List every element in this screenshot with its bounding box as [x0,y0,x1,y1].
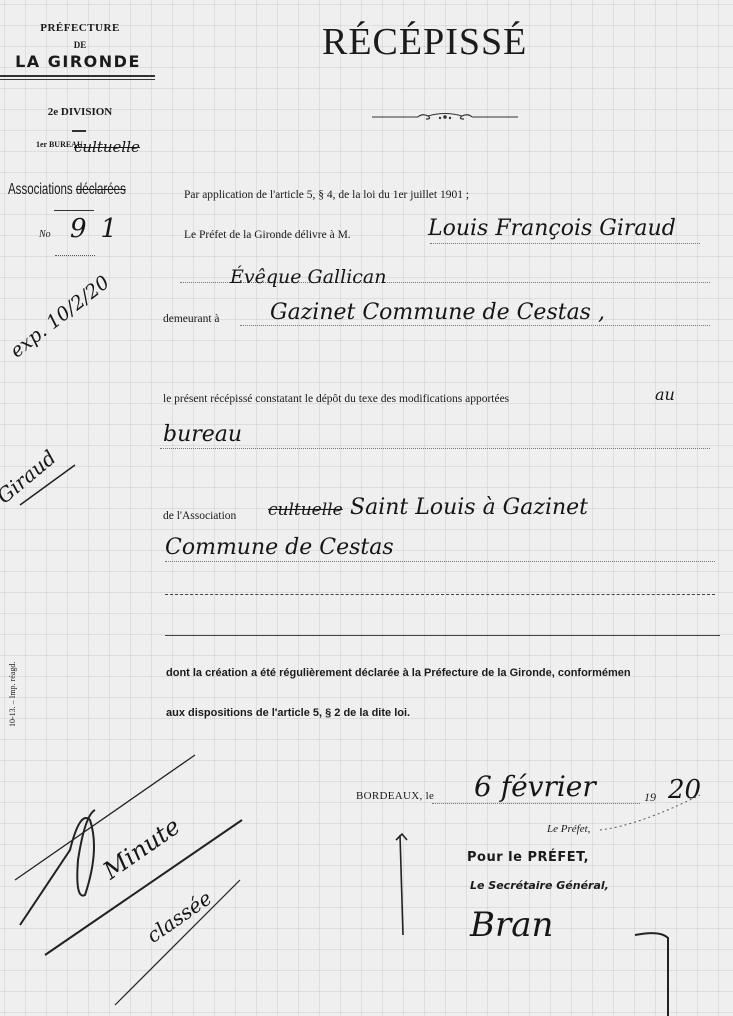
residence-field-line [240,325,710,326]
recipient-field-line [430,243,700,244]
deposit-continuation-line [160,448,710,449]
year-prefix: 19 [644,790,656,805]
association-label: de l'Association [163,510,236,522]
pour-le-prefet-stamp: Pour le PRÉFET, [467,850,589,865]
blank-rule-1 [165,594,715,595]
bureau-handwritten-struck: cultuelle [74,138,140,156]
associations-label: Associations déclarées [8,181,126,199]
margin-signature: Giraud [0,445,61,508]
provisions-line: aux dispositions de l'article 5, § 2 de … [166,707,410,719]
recipient-title: Évêque Gallican [230,266,386,288]
association-struck-word: cultuelle [268,500,343,520]
title-ornament-icon [370,110,520,124]
associations-word: Associations [8,181,73,198]
declaration-line: dont la création a été régulièrement déc… [166,667,631,679]
number-label: No [39,229,51,240]
header-rule [0,75,155,80]
department-name: LA GIRONDE [0,52,162,71]
date-value: 6 février [474,770,596,803]
number-value: 91 [70,214,131,244]
prefecture-de: DE [10,40,150,50]
association-name: Saint Louis à Gazinet [350,495,588,520]
associations-dash [54,210,94,211]
date-field-line [432,803,640,804]
association-location: Commune de Cestas [165,535,394,560]
prefecture-heading: PRÉFECTURE [10,22,150,34]
law-reference-line: Par application de l'article 5, § 4, de … [184,189,469,201]
delivery-line-print: Le Préfet de la Gironde délivre à M. [184,229,351,241]
place-label: BORDEAUX, le [356,790,434,802]
secretary-signature: Bran [470,905,553,945]
association-continuation-line [165,561,715,562]
margin-note: exp. 10/2/20 [6,271,114,362]
recipient-name: Louis François Giraud [428,216,676,241]
residence-label: demeurant à [163,313,220,325]
deposit-continuation-hand: bureau [163,422,242,447]
blank-rule-2 [165,635,720,636]
prefet-label: Le Préfet, [547,823,590,835]
deposit-line-hand: au [655,385,675,404]
deposit-line-print: le présent récépissé constatant le dépôt… [163,393,509,405]
year-value: 20 [668,775,701,805]
minute-note-classee: classée [142,886,216,948]
number-ornament [55,255,95,257]
residence-value: Gazinet Commune de Cestas , [270,300,605,325]
minute-note: Minute [98,812,185,885]
secretaire-general-stamp: Le Secrétaire Général, [470,879,609,892]
printer-mark: 10-13. – Imp. réagd. [8,662,17,727]
division-label: 2e DIVISION [10,106,150,118]
document-title: RÉCÉPISSÉ [322,20,527,64]
division-dash [72,130,86,132]
associations-struck-word: déclarées [76,181,126,198]
